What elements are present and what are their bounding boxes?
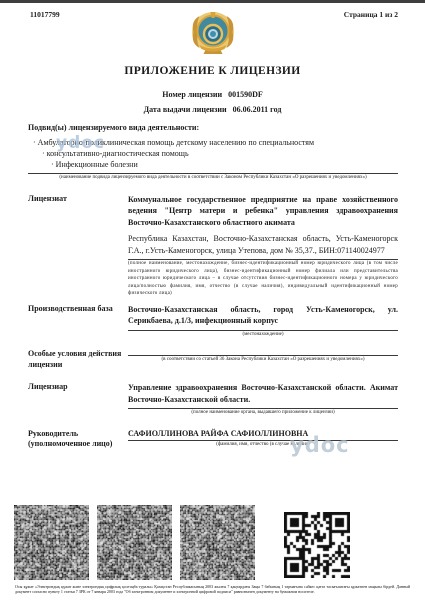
page-title: ПРИЛОЖЕНИЕ К ЛИЦЕНЗИИ [0, 65, 425, 77]
window-top-edge [0, 0, 425, 3]
head-name: САФИОЛЛИНОВА РАЙФА САФИОЛЛИНОВНА [128, 429, 398, 441]
barcode-1-icon [14, 505, 89, 580]
kazakhstan-emblem-icon [189, 9, 236, 56]
licensor-label: Лицензиар [28, 382, 128, 417]
licensee-note: (полное наименование, местонахождение, б… [128, 260, 398, 298]
license-date-value: 06.06.2011 год [233, 105, 282, 114]
license-number-line: Номер лицензии 001590DF [0, 90, 425, 99]
licensor-row: Лицензиар Управление здравоохранения Вос… [28, 382, 398, 417]
licensee-name: Коммунальное государственное предприятие… [128, 194, 398, 229]
special-conditions-row: Особые условия действия лицензии (в соот… [28, 349, 398, 370]
production-base-label: Производственная база [28, 304, 128, 339]
licensor-value: Управление здравоохранения Восточно-Каза… [128, 382, 398, 405]
barcode-3-icon [180, 505, 255, 580]
subtype-item: Инфекционные болезни [51, 159, 398, 170]
licensee-address: Республика Казахстан, Восточно-Казахстан… [128, 233, 398, 256]
subtype-item: Амбулаторно-поликлиническая помощь детск… [33, 137, 398, 148]
page-indicator: Страница 1 из 2 [344, 10, 398, 19]
production-base-row: Производственная база Восточно-Казахстан… [28, 304, 398, 339]
head-row: Руководитель (уполномоченное лицо) САФИО… [28, 429, 398, 450]
license-number-label: Номер лицензии [162, 90, 222, 99]
footer-legal-text: Осы құжат «Электрондық құжат және электр… [15, 584, 410, 594]
licensee-row: Лицензиат Коммунальное государственное п… [28, 194, 398, 298]
head-label: Руководитель (уполномоченное лицо) [28, 429, 128, 450]
special-conditions-note: (в соответствии со статьей 36 Закона Рес… [128, 356, 398, 364]
license-date-label: Дата выдачи лицензии [144, 105, 227, 114]
document-body: Подвид(ы) лицензируемого вида деятельнос… [28, 123, 398, 450]
licensor-note: (полное наименование органа, выдавшего п… [128, 409, 398, 417]
barcode-2-icon [97, 505, 172, 580]
license-date-line: Дата выдачи лицензии 06.06.2011 год [0, 105, 425, 114]
qr-code-icon [284, 512, 350, 578]
subtypes-heading: Подвид(ы) лицензируемого вида деятельнос… [28, 123, 398, 132]
subtypes-note: (наименование подвида лицензируемого вид… [43, 174, 383, 182]
licensee-label: Лицензиат [28, 194, 128, 298]
special-conditions-label: Особые условия действия лицензии [28, 349, 128, 370]
document-number: 11017799 [30, 10, 60, 19]
license-number-value: 001590DF [228, 90, 263, 99]
production-base-value: Восточно-Казахстанская область, город Ус… [128, 304, 398, 327]
signature-codes-row [0, 505, 425, 581]
production-base-note: (местонахождение) [128, 331, 398, 339]
subtype-item: консультативно-диагностическая помощь [42, 148, 398, 159]
license-annex-page: 11017799 Страница 1 из 2 ПРИЛОЖЕНИЕ К ЛИ… [0, 0, 425, 600]
head-note: (фамилия, имя, отчество (в случае наличи… [128, 441, 398, 449]
